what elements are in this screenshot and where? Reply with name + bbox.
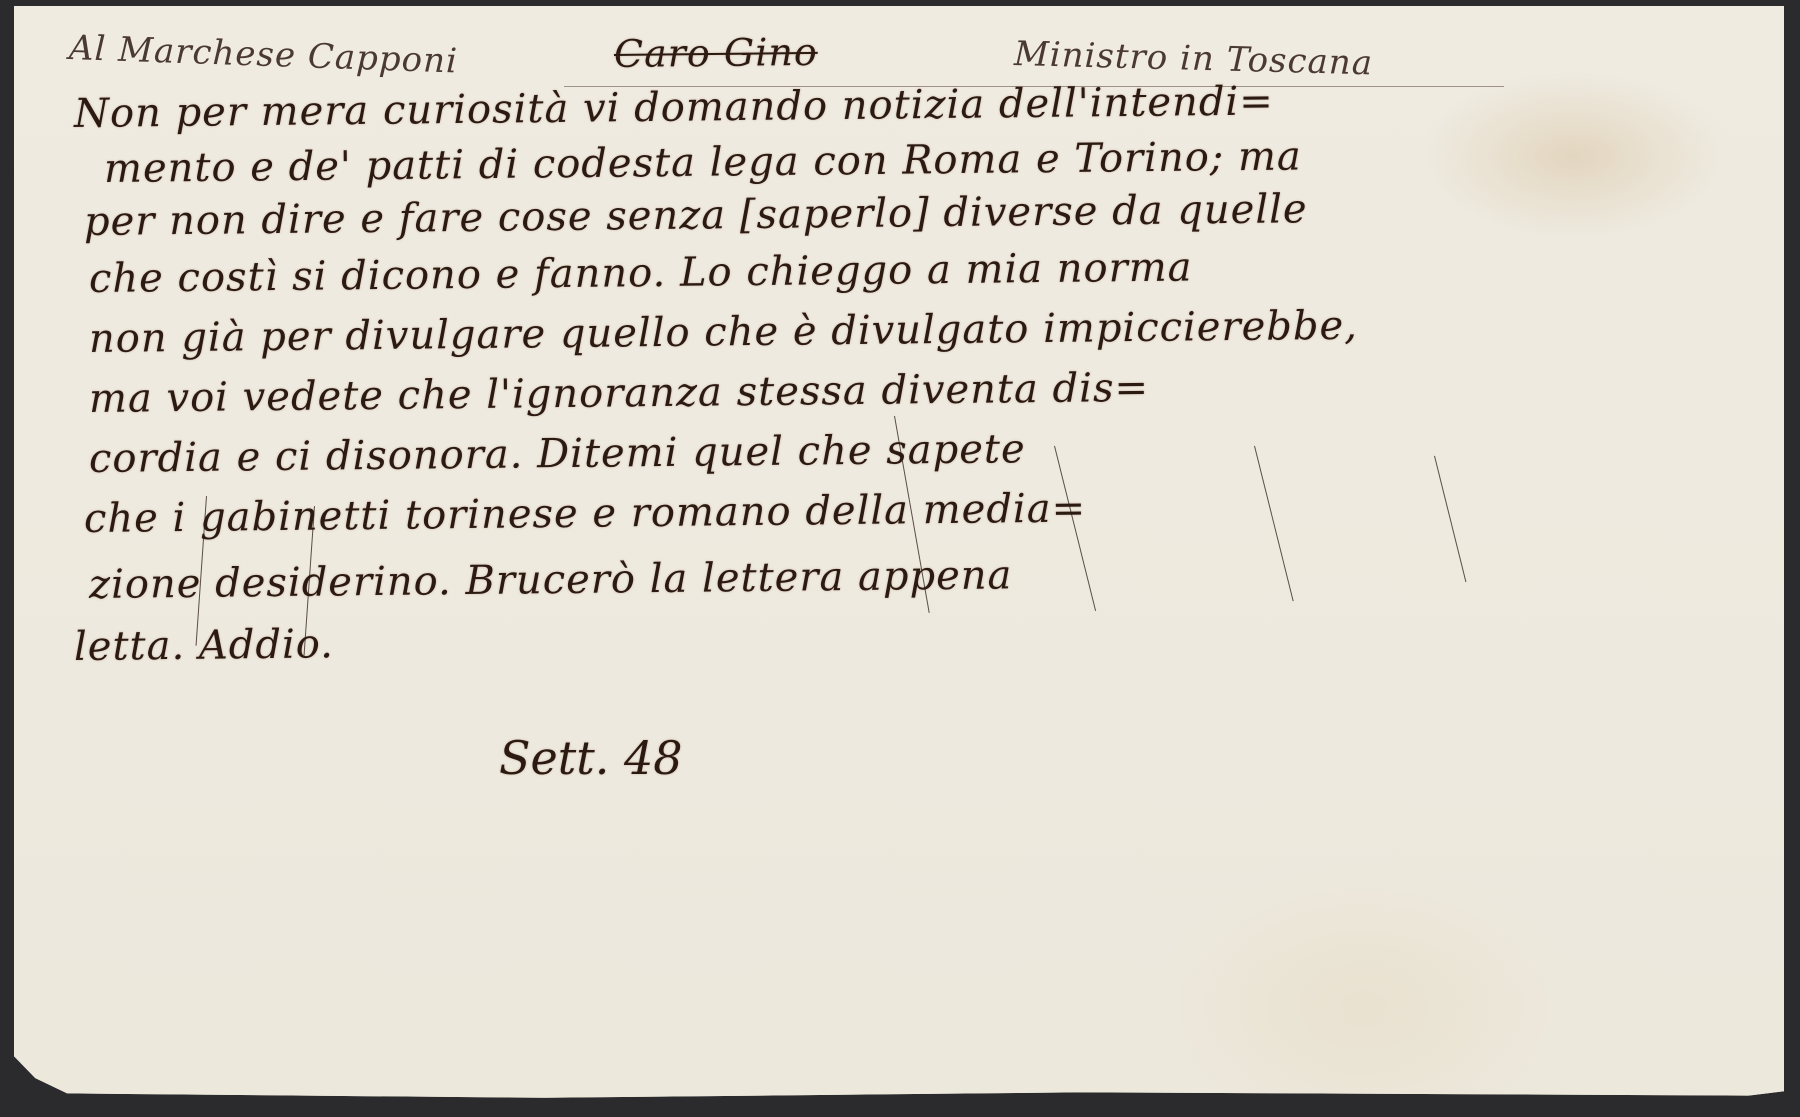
body-line-3: per non dire e fare cose senza [saperlo]… xyxy=(84,186,1308,245)
recipient-title: Ministro in Toscana xyxy=(1013,34,1373,83)
struck-salutation: Caro Gino xyxy=(614,30,818,76)
body-line-10: letta. Addio. xyxy=(74,621,334,670)
addressee: Al Marchese Capponi xyxy=(68,28,458,82)
body-line-1: Non per mera curiosità vi domando notizi… xyxy=(74,78,1274,137)
body-line-7: cordia e ci disonora. Ditemi quel che sa… xyxy=(89,426,1026,482)
pen-stroke xyxy=(1434,456,1466,582)
pen-stroke xyxy=(1254,446,1294,601)
body-line-2: mento e de' patti di codesta lega con Ro… xyxy=(104,133,1302,192)
body-line-9: zione desiderino. Brucerò la lettera app… xyxy=(89,552,1013,608)
body-line-8: che i gabinetti torinese e romano della … xyxy=(84,486,1087,542)
letter-date: Sett. 48 xyxy=(499,731,682,785)
letter-paper: Al Marchese Capponi Caro Gino Ministro i… xyxy=(14,6,1784,1100)
body-line-6: ma voi vedete che l'ignoranza stessa div… xyxy=(89,365,1149,422)
body-line-4: che costì si dicono e fanno. Lo chieggo … xyxy=(89,244,1193,302)
body-line-5: non già per divulgare quello che è divul… xyxy=(89,303,1358,362)
